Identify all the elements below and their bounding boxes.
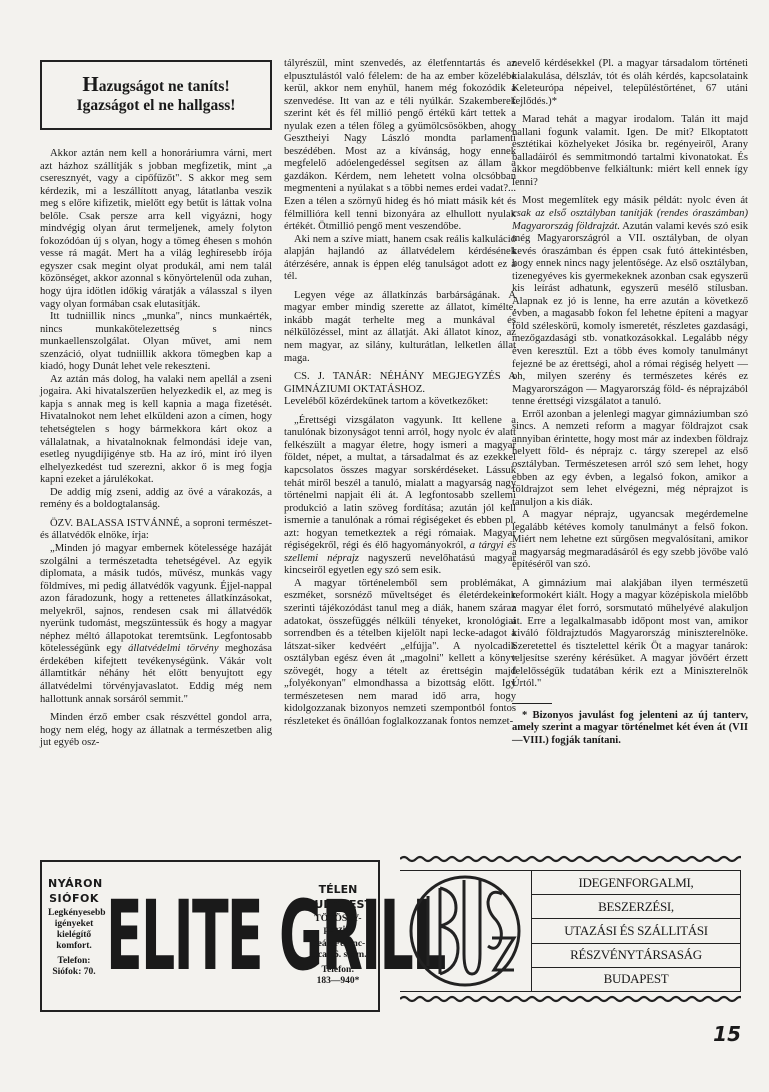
ad-winter-text: TÖTÖSSY-penzió,: [306, 914, 370, 936]
quote-text: „Érettségi vizsgálaton vagyunk. Itt kell…: [284, 415, 516, 551]
paragraph: Aki nem a szíve miatt, hanem csak reális…: [284, 234, 516, 284]
letter-intro: ÖZV. BALASSA ISTVÁNNÉ, a soproni termész…: [40, 518, 272, 543]
motto-line-1-text: azugságot ne taníts!: [99, 78, 230, 95]
ibusz-line: RÉSZVÉNYTÁRSASÁG: [532, 944, 740, 968]
column-3: nevelő kérdésekkel (Pl. a magyar társada…: [512, 58, 748, 747]
paragraph: A gimnázium mai alakjában ilyen természe…: [512, 578, 748, 691]
elite-grill-logo-text: ELITE GRILL: [106, 890, 224, 982]
paragraph: Most megemlítek egy másik példát: nyolc …: [512, 195, 748, 408]
ad-summer-phone: Siófok: 70.: [48, 967, 100, 978]
footnote: * Bizonyos javulást fog jelenteni az új …: [512, 710, 748, 748]
footnote-divider: [512, 703, 552, 704]
teacher-heading: CS. J. TANÁR: NÉHÁNY MEGJEGYZÉS A GIMNÁZ…: [284, 371, 516, 396]
ad-summer-text: Legkényesebb igényeket kielégítő komfort…: [48, 908, 100, 952]
ad-summer-heading: NYÁRON: [48, 876, 100, 891]
motto-line-1: Hazugságot ne taníts!: [42, 75, 270, 96]
paragraph-text: Most megemlítek egy másik példát: nyolc …: [522, 195, 748, 206]
ad-winter-heading: TÉLEN: [306, 882, 370, 897]
wave-border-bottom: [400, 995, 741, 1003]
ibusz-line: UTAZÁSI ÉS SZÁLLITÁSI: [532, 919, 740, 943]
paragraph: Az aztán más dolog, ha valaki nem apellá…: [40, 374, 272, 487]
elite-grill-ad: NYÁRON SIÓFOK Legkényesebb igényeket kie…: [40, 860, 380, 1012]
paragraph: Itt tudniillik nincs „munka", nincs munk…: [40, 311, 272, 374]
paragraph: Minden érző ember csak részvéttel gondol…: [40, 712, 272, 750]
page-number: 15: [713, 1022, 741, 1046]
ad-winter-location: BUDAPEST: [306, 897, 370, 912]
paragraph: tályrészül, mint szenvedés, az életfennt…: [284, 58, 516, 234]
letter-text: „Minden jó magyar embernek kötelessége h…: [40, 543, 272, 654]
ad-winter-address: Deák Ferenc-utca 16. szám.: [306, 939, 370, 961]
ad-winter-info: TÉLEN BUDAPEST TÖTÖSSY-penzió, Deák Fere…: [306, 882, 370, 987]
ibusz-ad: IDEGENFORGALMI, BESZERZÉSI, UTAZÁSI ÉS S…: [400, 870, 741, 992]
letter-body: „Minden jó magyar embernek kötelessége h…: [40, 543, 272, 706]
paragraph: De addig míg zseni, addig az övé a várak…: [40, 487, 272, 512]
ibusz-logo-icon: [408, 874, 522, 988]
wave-border-top: [400, 855, 741, 863]
column-1: Akkor aztán nem kell a honoráriumra várn…: [40, 148, 272, 750]
paragraph: nevelő kérdésekkel (Pl. a magyar társada…: [512, 58, 748, 108]
ad-winter-phone-label: Telefon:: [306, 965, 370, 976]
paragraph: Marad tehát a magyar irodalom. Talán itt…: [512, 114, 748, 189]
motto-line-2: Igazságot el ne hallgass!: [42, 96, 270, 115]
magazine-page: Hazugságot ne taníts! Igazságot el ne ha…: [0, 0, 769, 1092]
paragraph: Erről azonban a jelenlegi magyar gimnázi…: [512, 409, 748, 509]
ad-winter-phone: 183—940*: [306, 976, 370, 987]
ibusz-line: IDEGENFORGALMI,: [532, 871, 740, 895]
column-2: tályrészül, mint szenvedés, az életfennt…: [284, 58, 516, 728]
ibusz-text-table: IDEGENFORGALMI, BESZERZÉSI, UTAZÁSI ÉS S…: [531, 871, 741, 991]
ibusz-line: BESZERZÉSI,: [532, 895, 740, 919]
ad-summer-location: SIÓFOK: [48, 891, 100, 906]
quote-paragraph: „Érettségi vizsgálaton vagyunk. Itt kell…: [284, 415, 516, 578]
letter-emphasis: állatvédelmi törvény: [128, 643, 219, 654]
teacher-intro: Leveléből közérdekűnek tartom a következ…: [284, 396, 516, 409]
motto-box: Hazugságot ne taníts! Igazságot el ne ha…: [40, 60, 272, 130]
paragraph-text: Azután valami kevés szó esik még Magyaro…: [512, 221, 748, 408]
paragraph: Legyen vége az állatkínzás barbárságának…: [284, 290, 516, 365]
ad-summer-phone-label: Telefon:: [48, 956, 100, 967]
quote-paragraph: A magyar történelemből sem problémákat, …: [284, 578, 516, 729]
ibusz-line: BUDAPEST: [532, 968, 740, 991]
paragraph: A magyar néprajz, ugyancsak megérdemelne…: [512, 509, 748, 572]
paragraph: Akkor aztán nem kell a honoráriumra várn…: [40, 148, 272, 311]
ad-summer-info: NYÁRON SIÓFOK Legkényesebb igényeket kie…: [48, 876, 100, 978]
motto-drop-cap: H: [82, 72, 98, 96]
